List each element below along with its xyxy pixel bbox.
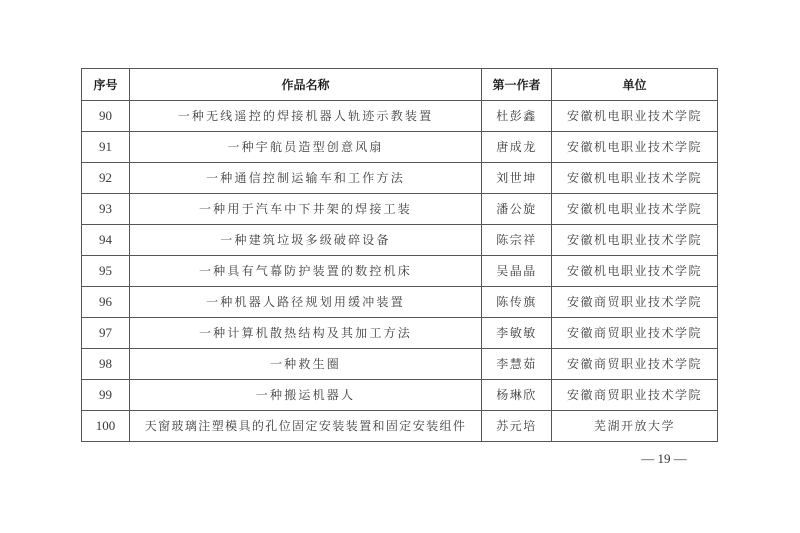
cell-first-author: 潘公旋: [482, 194, 552, 225]
cell-work-title: 一种救生圈: [130, 349, 482, 380]
header-first-author: 第一作者: [482, 69, 552, 101]
cell-work-title: 一种具有气幕防护装置的数控机床: [130, 256, 482, 287]
awards-table: 序号 作品名称 第一作者 单位 90 一种无线遥控的焊接机器人轨迹示教装置 杜彭…: [81, 68, 718, 442]
cell-first-author: 李敏敏: [482, 318, 552, 349]
cell-unit: 芜湖开放大学: [552, 411, 718, 442]
cell-serial-number: 90: [82, 101, 130, 132]
cell-unit: 安徽机电职业技术学院: [552, 101, 718, 132]
cell-work-title: 天窗玻璃注塑模具的孔位固定安装装置和固定安装组件: [130, 411, 482, 442]
cell-unit: 安徽商贸职业技术学院: [552, 287, 718, 318]
table-row: 94 一种建筑垃圾多级破碎设备 陈宗祥 安徽机电职业技术学院: [82, 225, 718, 256]
cell-serial-number: 91: [82, 132, 130, 163]
header-work-title: 作品名称: [130, 69, 482, 101]
table-row: 93 一种用于汽车中下井架的焊接工装 潘公旋 安徽机电职业技术学院: [82, 194, 718, 225]
cell-first-author: 刘世坤: [482, 163, 552, 194]
cell-first-author: 吴晶晶: [482, 256, 552, 287]
cell-first-author: 唐成龙: [482, 132, 552, 163]
table-row: 91 一种宇航员造型创意风扇 唐成龙 安徽机电职业技术学院: [82, 132, 718, 163]
cell-first-author: 杜彭鑫: [482, 101, 552, 132]
cell-serial-number: 99: [82, 380, 130, 411]
cell-work-title: 一种搬运机器人: [130, 380, 482, 411]
cell-unit: 安徽机电职业技术学院: [552, 256, 718, 287]
cell-serial-number: 96: [82, 287, 130, 318]
cell-unit: 安徽机电职业技术学院: [552, 225, 718, 256]
table-row: 98 一种救生圈 李慧茹 安徽商贸职业技术学院: [82, 349, 718, 380]
cell-unit: 安徽机电职业技术学院: [552, 163, 718, 194]
table-row: 90 一种无线遥控的焊接机器人轨迹示教装置 杜彭鑫 安徽机电职业技术学院: [82, 101, 718, 132]
table-row: 96 一种机器人路径规划用缓冲装置 陈传旗 安徽商贸职业技术学院: [82, 287, 718, 318]
cell-work-title: 一种用于汽车中下井架的焊接工装: [130, 194, 482, 225]
cell-first-author: 李慧茹: [482, 349, 552, 380]
header-serial-number: 序号: [82, 69, 130, 101]
cell-first-author: 苏元培: [482, 411, 552, 442]
cell-first-author: 陈传旗: [482, 287, 552, 318]
cell-first-author: 陈宗祥: [482, 225, 552, 256]
cell-unit: 安徽商贸职业技术学院: [552, 318, 718, 349]
table-row: 95 一种具有气幕防护装置的数控机床 吴晶晶 安徽机电职业技术学院: [82, 256, 718, 287]
cell-work-title: 一种机器人路径规划用缓冲装置: [130, 287, 482, 318]
cell-work-title: 一种建筑垃圾多级破碎设备: [130, 225, 482, 256]
cell-serial-number: 97: [82, 318, 130, 349]
table-row: 97 一种计算机散热结构及其加工方法 李敏敏 安徽商贸职业技术学院: [82, 318, 718, 349]
cell-serial-number: 95: [82, 256, 130, 287]
cell-unit: 安徽机电职业技术学院: [552, 132, 718, 163]
cell-unit: 安徽机电职业技术学院: [552, 194, 718, 225]
cell-unit: 安徽商贸职业技术学院: [552, 380, 718, 411]
cell-serial-number: 94: [82, 225, 130, 256]
cell-serial-number: 100: [82, 411, 130, 442]
document-page: 序号 作品名称 第一作者 单位 90 一种无线遥控的焊接机器人轨迹示教装置 杜彭…: [0, 0, 800, 533]
table-row: 92 一种通信控制运输车和工作方法 刘世坤 安徽机电职业技术学院: [82, 163, 718, 194]
cell-serial-number: 92: [82, 163, 130, 194]
cell-work-title: 一种宇航员造型创意风扇: [130, 132, 482, 163]
cell-serial-number: 98: [82, 349, 130, 380]
header-unit: 单位: [552, 69, 718, 101]
cell-serial-number: 93: [82, 194, 130, 225]
cell-unit: 安徽商贸职业技术学院: [552, 349, 718, 380]
table-row: 99 一种搬运机器人 杨琳欣 安徽商贸职业技术学院: [82, 380, 718, 411]
page-number: — 19 —: [636, 451, 692, 467]
cell-first-author: 杨琳欣: [482, 380, 552, 411]
cell-work-title: 一种通信控制运输车和工作方法: [130, 163, 482, 194]
table-row: 100 天窗玻璃注塑模具的孔位固定安装装置和固定安装组件 苏元培 芜湖开放大学: [82, 411, 718, 442]
cell-work-title: 一种无线遥控的焊接机器人轨迹示教装置: [130, 101, 482, 132]
cell-work-title: 一种计算机散热结构及其加工方法: [130, 318, 482, 349]
table-header-row: 序号 作品名称 第一作者 单位: [82, 69, 718, 101]
